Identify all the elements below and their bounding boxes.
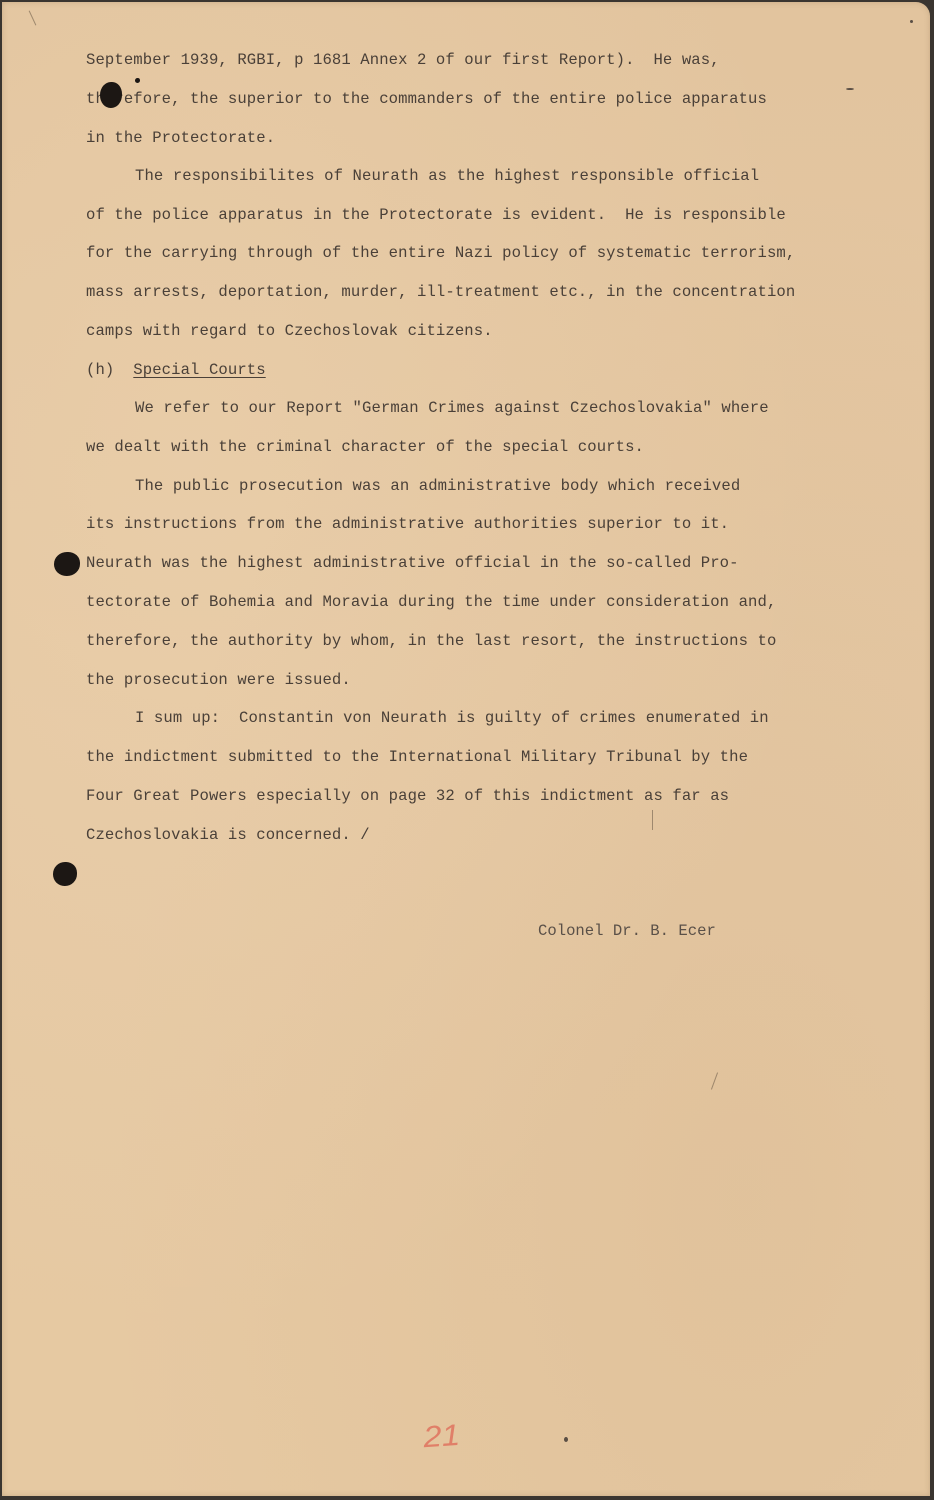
- text-line: Neurath was the highest administrative o…: [86, 553, 739, 573]
- text-line: camps with regard to Czechoslovak citize…: [86, 321, 493, 341]
- text-line: its instructions from the administrative…: [86, 514, 729, 534]
- text-line: therefore, the superior to the commander…: [86, 89, 767, 109]
- text-line: September 1939, RGBI, p 1681 Annex 2 of …: [86, 50, 720, 70]
- paper-scratch-icon: [652, 810, 653, 830]
- text-line: for the carrying through of the entire N…: [86, 243, 795, 263]
- ink-blot-icon: [53, 862, 77, 886]
- paper-speck-icon: [564, 1437, 568, 1442]
- text-line: Four Great Powers especially on page 32 …: [86, 786, 729, 806]
- text-line: We refer to our Report "German Crimes ag…: [135, 398, 769, 418]
- ink-blot-icon: [54, 552, 80, 576]
- section-title: Special Courts: [133, 361, 265, 379]
- section-heading: (h) Special Courts: [86, 360, 266, 380]
- text-line: mass arrests, deportation, murder, ill-t…: [86, 282, 795, 302]
- text-line: in the Protectorate.: [86, 128, 275, 148]
- text-line: therefore, the authority by whom, in the…: [86, 631, 776, 651]
- text-line: The public prosecution was an administra…: [135, 476, 740, 496]
- text-line: I sum up: Constantin von Neurath is guil…: [135, 708, 769, 728]
- ink-speck-icon: [135, 78, 140, 83]
- ink-blot-icon: [100, 82, 122, 108]
- text-line: the indictment submitted to the Internat…: [86, 747, 748, 767]
- paper-scratch-icon: [29, 11, 37, 26]
- paper-speck-icon: [846, 88, 854, 90]
- text-line: The responsibilites of Neurath as the hi…: [135, 166, 759, 186]
- text-line: we dealt with the criminal character of …: [86, 437, 644, 457]
- signature: Colonel Dr. B. Ecer: [538, 921, 716, 941]
- text-line: the prosecution were issued.: [86, 670, 351, 690]
- handwritten-page-number: 21: [422, 1419, 461, 1455]
- paper-scratch-icon: [711, 1072, 718, 1089]
- text-line: of the police apparatus in the Protector…: [86, 205, 786, 225]
- section-label: (h): [86, 361, 114, 379]
- document-page: September 1939, RGBI, p 1681 Annex 2 of …: [2, 2, 930, 1496]
- text-line: Czechoslovakia is concerned. /: [86, 825, 370, 845]
- paper-speck-icon: [910, 20, 913, 23]
- text-line: tectorate of Bohemia and Moravia during …: [86, 592, 776, 612]
